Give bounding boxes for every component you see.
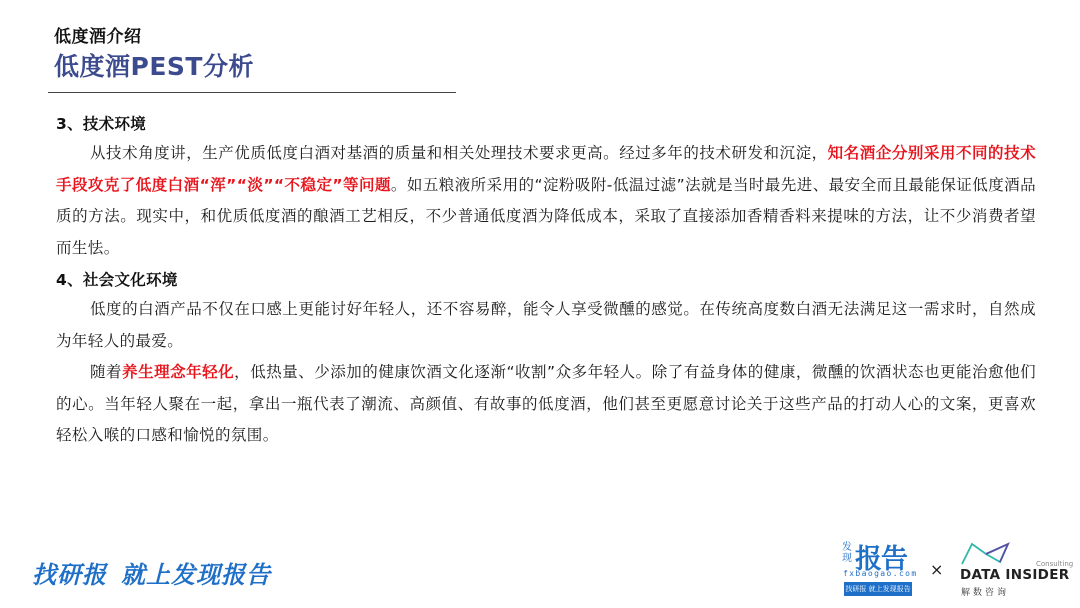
slide-content: 3、技术环境 从技术角度讲，生产优质低度白酒对基酒的质量和相关处理技术要求更高。…: [56, 110, 1036, 452]
data-insider-logo: Consulting DATA INSIDER 解数咨询: [958, 540, 1068, 600]
paragraph: 低度的白酒产品不仅在口感上更能讨好年轻人，还不容易醉，能令人享受微醺的感觉。在传…: [56, 294, 1036, 357]
logo-tagline-bar: 找研报 就上发现报告: [844, 582, 912, 596]
highlighted-text: 养生理念年轻化: [122, 363, 234, 381]
section-heading: 4、社会文化环境: [56, 266, 1036, 294]
slogan-left: 找研报: [32, 561, 107, 589]
page-title: 低度酒PEST分析: [54, 51, 254, 83]
collab-times-icon: ×: [930, 560, 943, 579]
logo-url: fxbaogao.com: [843, 569, 918, 578]
section-social-culture-environment: 4、社会文化环境 低度的白酒产品不仅在口感上更能讨好年轻人，还不容易醉，能令人享…: [56, 266, 1036, 452]
text-segment: 低度的白酒产品不仅在口感上更能讨好年轻人，还不容易醉，能令人享受微醺的感觉。在传…: [56, 300, 1036, 350]
data-insider-cn-name: 解数咨询: [961, 585, 1009, 598]
logo-small-chars: 发现: [842, 542, 854, 564]
slide-header: 低度酒介绍 低度酒PEST分析: [54, 26, 254, 83]
text-segment: 随着: [90, 363, 122, 381]
section-subtitle: 低度酒介绍: [54, 26, 254, 48]
footer-slogan: 找研报就上发现报告: [32, 555, 271, 590]
fxbaogao-logo: 发现 报告 fxbaogao.com 找研报 就上发现报告: [842, 540, 912, 598]
slogan-right: 就上发现报告: [121, 561, 271, 589]
paragraph: 从技术角度讲，生产优质低度白酒对基酒的质量和相关处理技术要求更高。经过多年的技术…: [56, 138, 1036, 264]
section-tech-environment: 3、技术环境 从技术角度讲，生产优质低度白酒对基酒的质量和相关处理技术要求更高。…: [56, 110, 1036, 264]
text-segment: 从技术角度讲，生产优质低度白酒对基酒的质量和相关处理技术要求更高。经过多年的技术…: [90, 144, 828, 162]
title-divider: [48, 92, 456, 93]
data-insider-name: DATA INSIDER: [960, 567, 1069, 583]
section-heading: 3、技术环境: [56, 110, 1036, 138]
data-insider-mark-icon: [960, 540, 1012, 566]
paragraph: 随着养生理念年轻化，低热量、少添加的健康饮酒文化逐渐“收割”众多年轻人。除了有益…: [56, 357, 1036, 452]
